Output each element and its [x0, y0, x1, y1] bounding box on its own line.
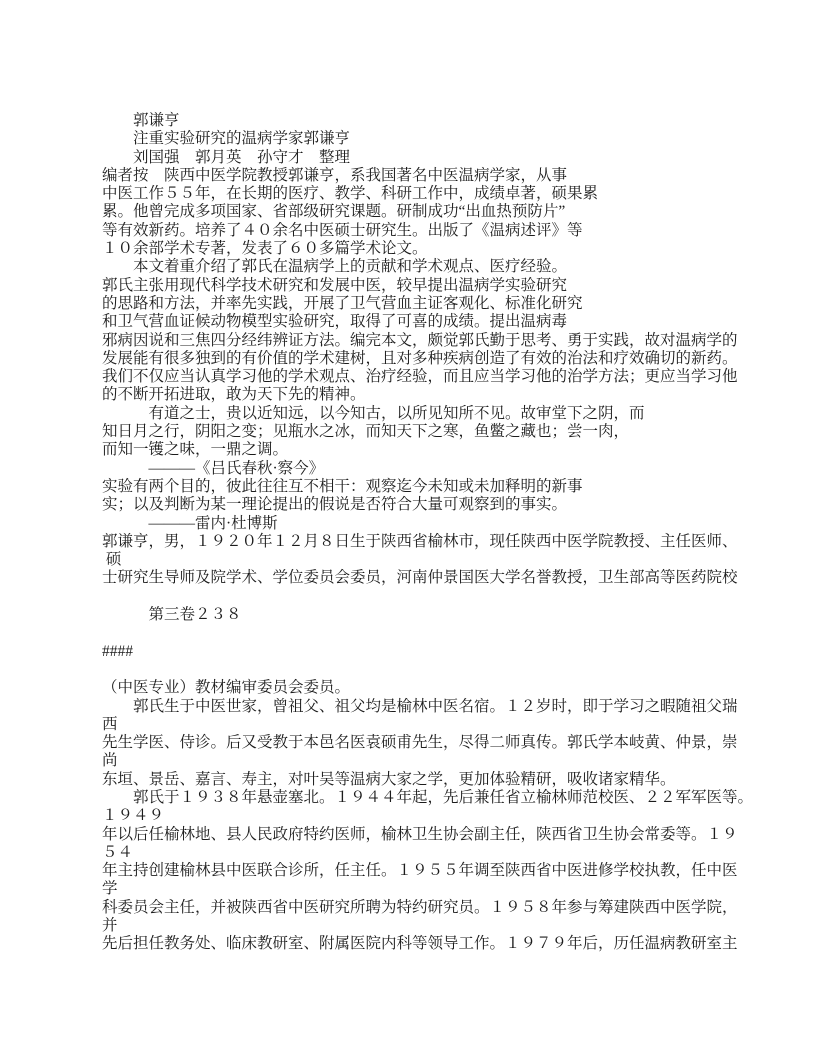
text-line: 并	[102, 917, 782, 935]
text-line: 东垣、景岳、嘉言、寿主，对叶吴等温病大家之学，更加体验精研，吸收诸家精华。	[102, 771, 782, 789]
text-line: 硕	[102, 551, 782, 569]
text-line: 刘国强 郭月英 孙守才 整理	[102, 149, 782, 167]
text-line: １９４９	[102, 807, 782, 825]
text-line: １０余部学术专著，发表了６０多篇学术论文。	[102, 240, 782, 258]
text-line: 的不断开拓进取，敢为天下先的精神。	[102, 386, 782, 404]
text-line	[102, 661, 782, 679]
text-line: 尚	[102, 752, 782, 770]
text-line	[102, 624, 782, 642]
text-line: 郭谦亨	[102, 112, 782, 130]
text-line: 我们不仅应当认真学习他的学术观点、治疗经验，而且应当学习他的治学方法；更应当学习…	[102, 368, 782, 386]
text-line: ５４	[102, 844, 782, 862]
text-line: 累。他曾完成多项国家、省部级研究课题。研制成功“出血热预防片”	[102, 203, 782, 221]
text-line: 郭氏主张用现代科学技术研究和发展中医，较早提出温病学实验研究	[102, 277, 782, 295]
text-line: 士研究生导师及院学术、学位委员会委员，河南仲景国医大学名誉教授，卫生部高等医药院…	[102, 569, 782, 587]
text-line: 西	[102, 716, 782, 734]
text-line: ####	[102, 643, 782, 661]
text-line: 知日月之行，阴阳之变；见瓶水之冰，而知天下之寒，鱼鳖之藏也；尝一肉，	[102, 423, 782, 441]
text-line: （中医专业）教材编审委员会委员。	[102, 679, 782, 697]
document-body: 郭谦亨 注重实验研究的温病学家郭谦亨 刘国强 郭月英 孙守才 整理编者按 陕西中…	[102, 112, 782, 954]
text-line: 和卫气营血证候动物模型实验研究，取得了可喜的成绩。提出温病毒	[102, 313, 782, 331]
document-page: 郭谦亨 注重实验研究的温病学家郭谦亨 刘国强 郭月英 孙守才 整理编者按 陕西中…	[0, 0, 816, 1056]
text-line: ———《吕氏春秋·察今》	[102, 460, 782, 478]
text-line: 中医工作５５年，在长期的医疗、教学、科研工作中，成绩卓著，硕果累	[102, 185, 782, 203]
text-line: 郭氏于１９３８年悬壶塞北。１９４４年起，先后兼任省立榆林师范校医、２２军军医等。	[102, 789, 782, 807]
text-line: 等有效新药。培养了４０余名中医硕士研究生。出版了《温病述评》等	[102, 222, 782, 240]
text-line: 注重实验研究的温病学家郭谦亨	[102, 130, 782, 148]
text-line: 实；以及判断为某一理论提出的假说是否符合大量可观察到的事实。	[102, 496, 782, 514]
text-line: 第三卷２３８	[102, 606, 782, 624]
text-line: 编者按 陕西中医学院教授郭谦亨，系我国著名中医温病学家，从事	[102, 167, 782, 185]
text-line: 学	[102, 880, 782, 898]
text-line: 先生学医、侍诊。后又受教于本邑名医袁硕甫先生，尽得二师真传。郭氏学本岐黄、仲景，…	[102, 734, 782, 752]
text-line: 年以后任榆林地、县人民政府特约医师，榆林卫生协会副主任，陕西省卫生协会常委等。１…	[102, 826, 782, 844]
text-line	[102, 588, 782, 606]
text-line: 有道之士，贵以近知远，以今知古，以所见知所不见。故审堂下之阴，而	[102, 405, 782, 423]
text-line: ———雷内·杜博斯	[102, 515, 782, 533]
text-line: 发展能有很多独到的有价值的学术建树，且对多种疾病创造了有效的治法和疗效确切的新药…	[102, 350, 782, 368]
text-line: 而知一镬之味，一鼎之调。	[102, 441, 782, 459]
text-line: 郭谦亨，男，１９２０年１２月８日生于陕西省榆林市，现任陕西中医学院教授、主任医师…	[102, 533, 782, 551]
text-line: 年主持创建榆林县中医联合诊所，任主任。１９５５年调至陕西省中医进修学校执教，任中…	[102, 862, 782, 880]
text-line: 邪病因说和三焦四分经纬辨证方法。编完本文，颇觉郭氏勤于思考、勇于实践，故对温病学…	[102, 332, 782, 350]
text-line: 实验有两个目的，彼此往往互不相干：观察迄今未知或未加释明的新事	[102, 478, 782, 496]
text-line: 郭氏生于中医世家，曾祖父、祖父均是榆林中医名宿。１２岁时，即于学习之暇随祖父瑞	[102, 698, 782, 716]
text-line: 本文着重介绍了郭氏在温病学上的贡献和学术观点、医疗经验。	[102, 258, 782, 276]
text-line: 先后担任教务处、临床教研室、附属医院内科等领导工作。１９７９年后，历任温病教研室…	[102, 935, 782, 953]
text-line: 科委员会主任，并被陕西省中医研究所聘为特约研究员。１９５８年参与筹建陕西中医学院…	[102, 899, 782, 917]
text-line: 的思路和方法，并率先实践，开展了卫气营血主证客观化、标准化研究	[102, 295, 782, 313]
